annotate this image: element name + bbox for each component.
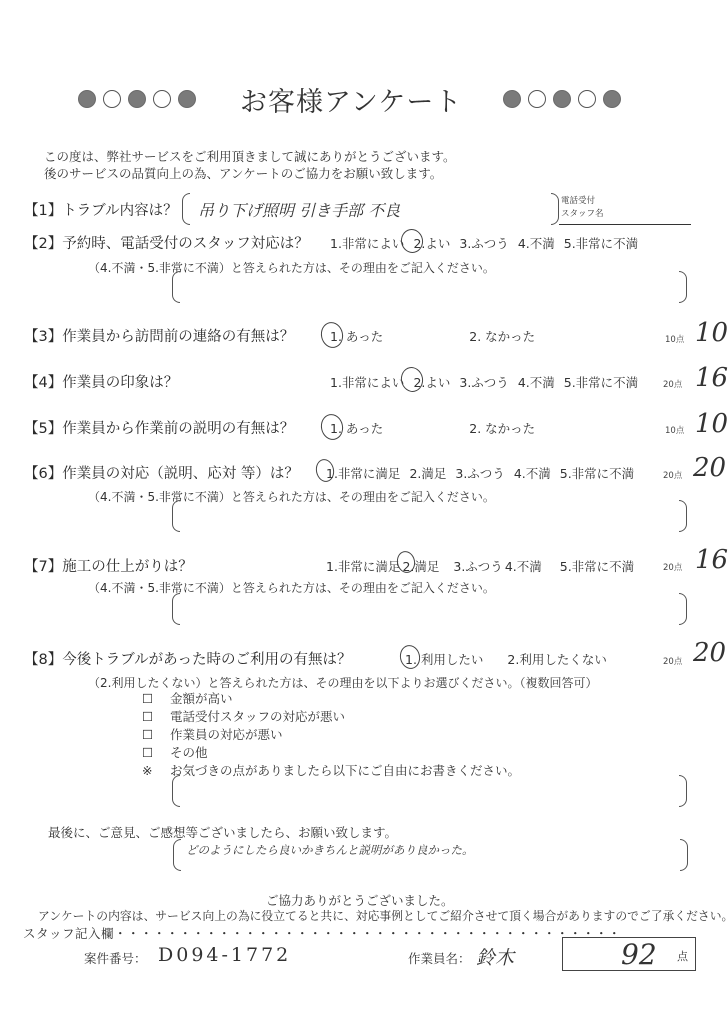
final-bracket-right (680, 839, 688, 871)
dot-icon (553, 90, 571, 108)
final-comment-prompt: 最後に、ご意見、ご感想等ございましたら、お願い致します。 (48, 823, 397, 841)
q6-label: 【6】作業員の対応（説明、応対 等）は？ (24, 462, 299, 483)
page-title: お客様アンケート (240, 80, 462, 119)
dot-icon (128, 90, 146, 108)
dot-icon (528, 90, 546, 108)
case-number-value[interactable]: D094-1772 (158, 944, 291, 966)
q8-checkbox-row[interactable]: ☐ その他 (142, 744, 520, 762)
q8-reason-prompt: （2.利用したくない）と答えられた方は、その理由を以下よりお選びください。（複数… (88, 674, 597, 691)
q2-option-1[interactable]: 1.非常によい (330, 234, 404, 252)
q8-note-bracket-right (679, 775, 687, 807)
q7-reason-prompt: （4.不満・5.非常に不満）と答えられた方は、その理由をご記入ください。 (88, 579, 495, 596)
q2-reason-prompt: （4.不満・5.非常に不満）と答えられた方は、その理由をご記入ください。 (88, 259, 495, 276)
staff-name-label: 電話受付 スタッフ名 (561, 195, 604, 221)
case-number-label: 案件番号： (84, 949, 147, 967)
q7-options: 1.非常に満足 2.満足 3.ふつう 4.不満 5.非常に不満 (326, 557, 643, 575)
q4-option-3[interactable]: 3.ふつう (459, 373, 508, 391)
intro-line-2: 後のサービスの品質向上の為、アンケートのご協力をお願い致します。 (44, 165, 456, 182)
q2-option-5[interactable]: 5.非常に不満 (564, 234, 638, 252)
q8-reason-checklist: ☐ 金額が高い ☐ 電話受付スタッフの対応が悪い ☐ 作業員の対応が悪い ☐ そ… (142, 690, 520, 780)
q2-option-3[interactable]: 3.ふつう (459, 234, 508, 252)
q4-option-4[interactable]: 4.不満 (518, 373, 555, 391)
q8-note-text: お気づきの点がありましたら以下にご自由にお書きください。 (170, 762, 520, 780)
q7-option-4[interactable]: 4.不満 (505, 557, 542, 575)
checkbox-icon[interactable]: ☐ (142, 690, 170, 708)
q7-option-1[interactable]: 1.非常に満足 (326, 557, 400, 575)
q7-reason-field[interactable] (185, 597, 675, 621)
q8-checkbox-row[interactable]: ☐ 金額が高い (142, 690, 520, 708)
q3-selected-circle (319, 320, 346, 350)
staff-section-label: スタッフ記入欄・・・・・・・・・・・・・・・・・・・・・・・・・・・・・・・・・… (23, 924, 621, 942)
dot-icon (78, 90, 96, 108)
q8-points-label: 20点 (663, 655, 682, 667)
dot-icon (178, 90, 196, 108)
checkbox-icon[interactable]: ☐ (142, 708, 170, 726)
q2-reason-field[interactable] (185, 276, 675, 300)
q5-options: 1. あった 2. なかった (330, 419, 544, 437)
q4-label: 【4】作業員の印象は？ (24, 371, 178, 392)
q8-checkbox-row[interactable]: ☐ 電話受付スタッフの対応が悪い (142, 708, 520, 726)
q8-note-field[interactable] (185, 779, 675, 803)
q6-option-5[interactable]: 5.非常に不満 (560, 464, 634, 482)
checkbox-label: 電話受付スタッフの対応が悪い (170, 708, 345, 726)
note-mark-icon: ※ (142, 762, 170, 780)
total-score[interactable]: 92 (621, 938, 657, 971)
q8-checkbox-row[interactable]: ☐ 作業員の対応が悪い (142, 726, 520, 744)
q8-options: 1. 利用したい 2.利用したくない (405, 650, 616, 668)
q8-score[interactable]: 20 (693, 638, 726, 668)
q7-score[interactable]: 16 (695, 545, 728, 575)
q7-option-3[interactable]: 3.ふつう (453, 557, 502, 575)
q2-reason-bracket-right (679, 271, 687, 303)
q6-reason-bracket-right (679, 500, 687, 532)
q2-reason-bracket-left (172, 271, 180, 303)
q6-option-1[interactable]: 1.非常に満足 (326, 464, 400, 482)
q4-points-label: 20点 (663, 378, 682, 390)
q3-score[interactable]: 10 (695, 318, 728, 348)
q6-reason-bracket-left (172, 500, 180, 532)
q6-option-4[interactable]: 4.不満 (514, 464, 551, 482)
q6-options: 1.非常に満足 2.満足 3.ふつう 4.不満 5.非常に不満 (326, 464, 643, 482)
intro-line-1: この度は、弊社サービスをご利用頂きまして誠にありがとうございます。 (44, 148, 456, 165)
q6-option-2[interactable]: 2.満足 (409, 464, 446, 482)
q7-option-5[interactable]: 5.非常に不満 (560, 557, 634, 575)
final-comment-field[interactable]: どのようにしたら良いかきちんと説明があり良かった。 (186, 842, 474, 858)
q2-option-4[interactable]: 4.不満 (518, 234, 555, 252)
usage-notice: アンケートの内容は、サービス向上の為に役立てると共に、対応事例としてご紹介させて… (38, 907, 728, 924)
final-bracket-left (173, 839, 181, 871)
q3-option-2[interactable]: 2. なかった (469, 327, 535, 345)
q4-option-5[interactable]: 5.非常に不満 (564, 373, 638, 391)
q6-reason-prompt: （4.不満・5.非常に不満）と答えられた方は、その理由をご記入ください。 (88, 488, 495, 505)
dot-icon (153, 90, 171, 108)
q6-score[interactable]: 20 (693, 453, 726, 483)
q8-label: 【8】今後トラブルがあった時のご利用の有無は？ (24, 648, 352, 669)
dot-icon (578, 90, 596, 108)
intro-text: この度は、弊社サービスをご利用頂きまして誠にありがとうございます。 後のサービス… (44, 148, 456, 182)
total-score-box: 92 点 (562, 937, 696, 971)
q7-points-label: 20点 (663, 561, 682, 573)
q3-points-label: 10点 (665, 333, 684, 345)
q7-reason-bracket-right (679, 593, 687, 625)
q5-points-label: 10点 (665, 424, 684, 436)
dot-icon (103, 90, 121, 108)
checkbox-icon[interactable]: ☐ (142, 726, 170, 744)
dot-icon (503, 90, 521, 108)
q5-option-2[interactable]: 2. なかった (469, 419, 535, 437)
q2-options: 1.非常によい 2.よい 3.ふつう 4.不満 5.非常に不満 (330, 234, 647, 252)
checkbox-label: 作業員の対応が悪い (170, 726, 283, 744)
checkbox-label: 金額が高い (170, 690, 233, 708)
q7-label: 【7】施工の仕上がりは？ (24, 555, 193, 576)
q5-label: 【5】作業員から作業前の説明の有無は？ (24, 417, 294, 438)
q4-options: 1.非常によい 2.よい 3.ふつう 4.不満 5.非常に不満 (330, 373, 647, 391)
q1-label: 【1】トラブル内容は？ (24, 199, 178, 220)
worker-name-label: 作業員名： (408, 949, 471, 967)
checkbox-icon[interactable]: ☐ (142, 744, 170, 762)
q1-bracket-left (182, 193, 190, 225)
q6-points-label: 20点 (663, 469, 682, 481)
dot-icon (603, 90, 621, 108)
decorative-dots-right (503, 90, 621, 108)
q8-note-row: ※ お気づきの点がありましたら以下にご自由にお書きください。 (142, 762, 520, 780)
staff-name-field[interactable] (559, 224, 691, 225)
worker-name-value[interactable]: 鈴木 (476, 943, 514, 970)
total-score-unit: 点 (677, 948, 688, 964)
checkbox-label: その他 (170, 744, 208, 762)
q6-reason-field[interactable] (185, 504, 675, 528)
q1-bracket-right (551, 193, 559, 225)
q7-reason-bracket-left (172, 593, 180, 625)
q3-options: 1. あった 2. なかった (330, 327, 544, 345)
q3-label: 【3】作業員から訪問前の連絡の有無は？ (24, 325, 294, 346)
decorative-dots-left (78, 90, 196, 108)
q8-option-2[interactable]: 2.利用したくない (507, 650, 606, 668)
q5-score[interactable]: 10 (695, 409, 728, 439)
q6-option-3[interactable]: 3.ふつう (455, 464, 504, 482)
q5-selected-circle (319, 412, 346, 442)
q8-note-bracket-left (172, 775, 180, 807)
q1-answer[interactable]: 吊り下げ照明 引き手部 不良 (198, 198, 400, 221)
q4-option-1[interactable]: 1.非常によい (330, 373, 404, 391)
q2-label: 【2】予約時、電話受付のスタッフ対応は？ (24, 232, 309, 253)
q4-score[interactable]: 16 (695, 363, 728, 393)
